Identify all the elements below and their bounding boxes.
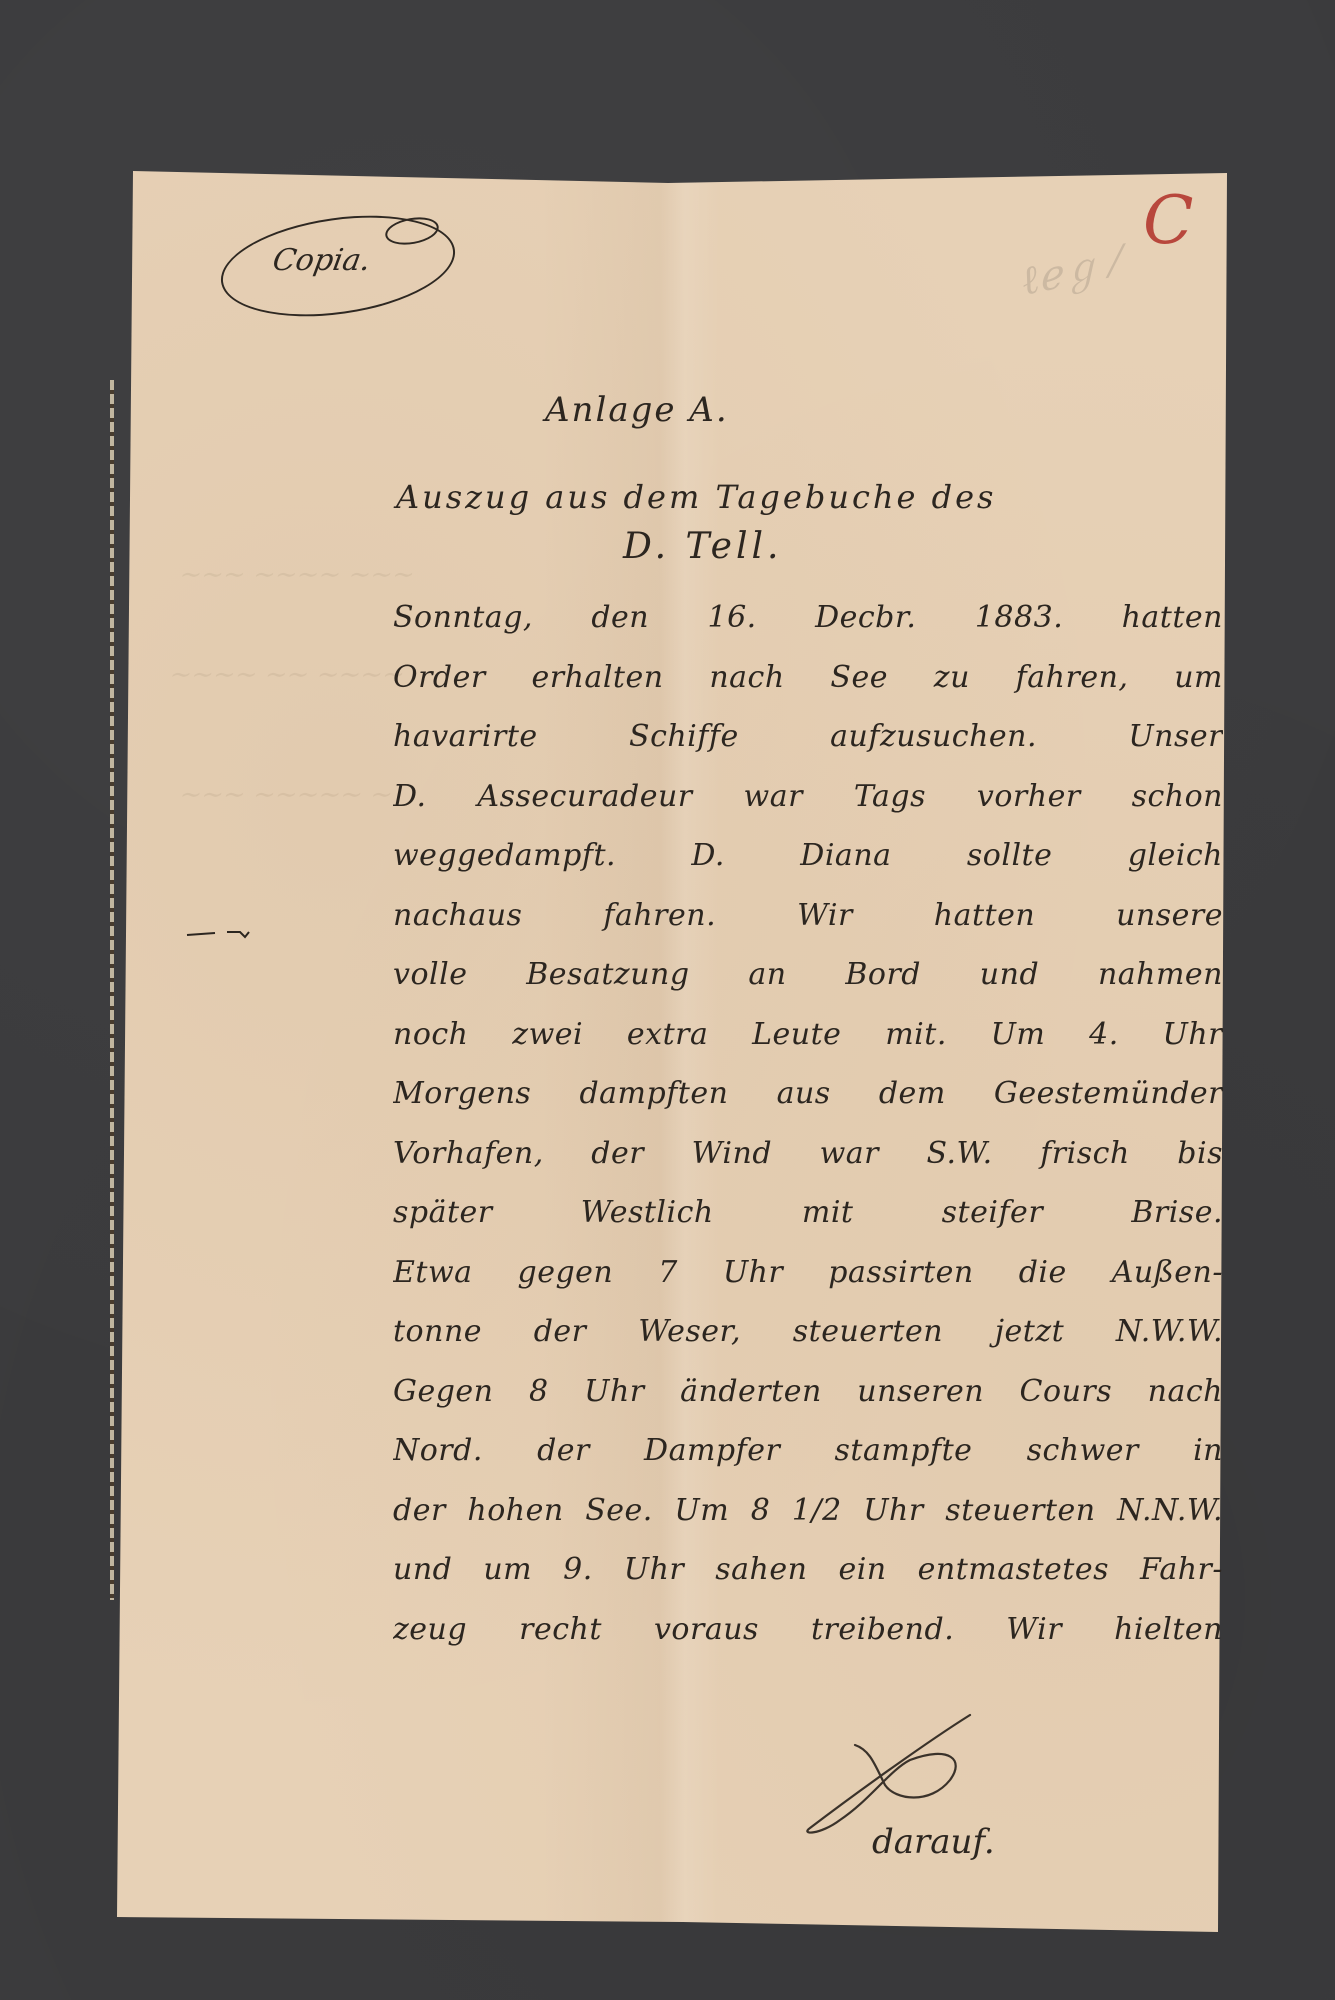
- red-letter-mark: C: [1143, 188, 1194, 254]
- copy-stamp-text: Copia.: [270, 243, 373, 278]
- body-line: nachaus fahren. Wir hatten unsere: [393, 886, 1223, 946]
- body-line: weggedampft. D. Diana sollte gleich: [393, 826, 1223, 886]
- body-line: später Westlich mit steifer Brise.: [393, 1183, 1223, 1243]
- body-line: und um 9. Uhr sahen ein entmastetes Fahr…: [393, 1540, 1223, 1600]
- bleed-through-text: ~~~ ~~~~ ~~~: [176, 560, 418, 590]
- catchword: darauf.: [872, 1822, 995, 1862]
- body-line: Nord. der Dampfer stampfte schwer in: [393, 1421, 1223, 1481]
- body-line: D. Assecuradeur war Tags vorher schon: [393, 767, 1223, 827]
- body-line: tonne der Weser, steuerten jetzt N.W.W.: [393, 1302, 1223, 1362]
- document-subtitle: Auszug aus dem Tagebuche des: [396, 478, 996, 516]
- binding-thread: [110, 380, 114, 1600]
- body-line: Sonntag, den 16. Decbr. 1883. hatten: [393, 588, 1223, 648]
- margin-ink-mark: [185, 928, 255, 940]
- body-line: Gegen 8 Uhr änderten unseren Cours nach: [393, 1362, 1223, 1422]
- body-line: Etwa gegen 7 Uhr passirten die Außen-: [393, 1243, 1223, 1303]
- body-line: Morgens dampften aus dem Geestemünder: [393, 1064, 1223, 1124]
- body-line: der hohen See. Um 8 1/2 Uhr steuerten N.…: [393, 1481, 1223, 1541]
- body-line: noch zwei extra Leute mit. Um 4. Uhr: [393, 1005, 1223, 1065]
- bleed-through-text: ~~~~ ~~ ~~~~: [166, 660, 408, 690]
- body-line: havarirte Schiffe aufzusuchen. Unser: [393, 707, 1223, 767]
- signature-flourish-icon: [800, 1710, 980, 1840]
- document-title: Anlage A.: [545, 390, 729, 430]
- body-line: Vorhafen, der Wind war S.W. frisch bis: [393, 1124, 1223, 1184]
- body-line: zeug recht voraus treibend. Wir hielten: [393, 1600, 1223, 1660]
- body-line: Order erhalten nach See zu fahren, um: [393, 648, 1223, 708]
- ship-name: D. Tell.: [623, 526, 782, 567]
- diary-body: Sonntag, den 16. Decbr. 1883. hatten Ord…: [393, 588, 1223, 1659]
- bleed-through-text: ~~~ ~~~~~ ~: [176, 780, 397, 810]
- body-line: volle Besatzung an Bord und nahmen: [393, 945, 1223, 1005]
